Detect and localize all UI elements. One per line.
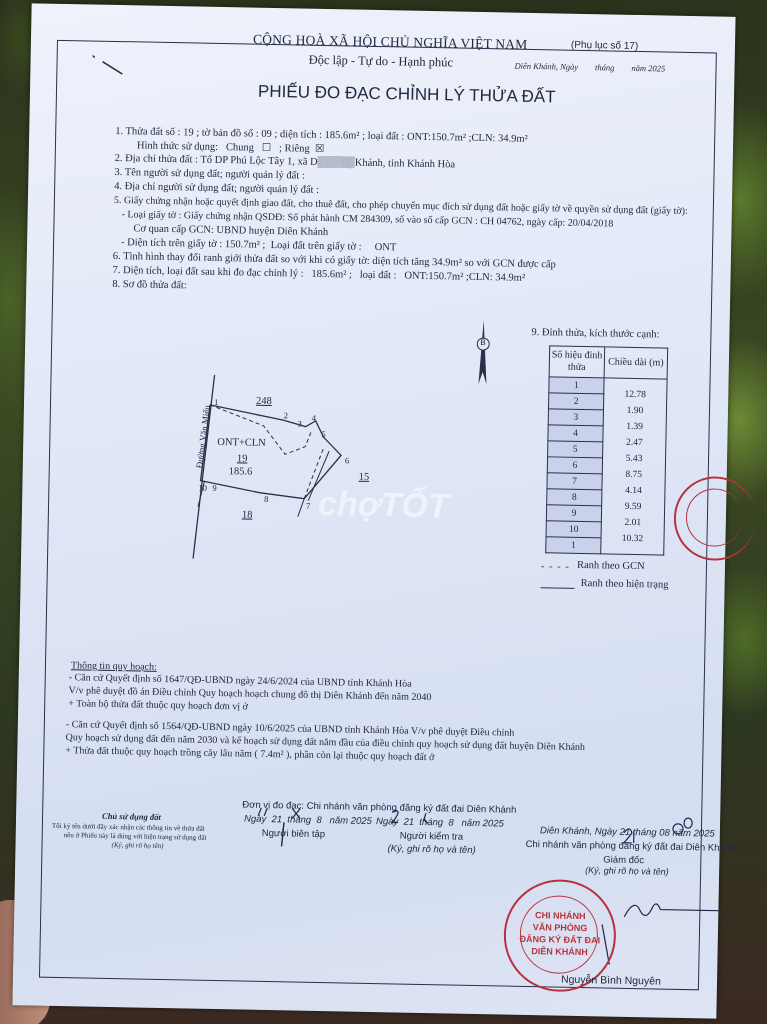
handwritten-signatures (12, 3, 735, 1018)
stamp-line-3: ĐĂNG KÝ ĐẤT ĐAI (506, 933, 614, 947)
land-survey-document: CỘNG HOÀ XÃ HỘI CHỦ NGHĨA VIỆT NAM Độc l… (12, 3, 735, 1018)
stamp-line-4: DIÊN KHÁNH (505, 945, 613, 959)
director-name: Nguyễn Bình Nguyên (561, 974, 661, 988)
